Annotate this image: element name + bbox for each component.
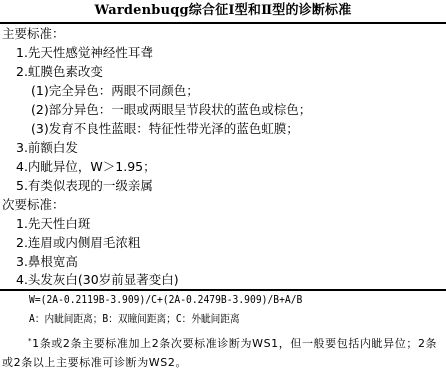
major-criteria-item: 4.内眦异位，W＞1.95； [16, 157, 156, 176]
w-index-formula: W=(2A-0.2119B-3.909)/C+(2A-0.2479B-3.909… [29, 293, 302, 307]
bottom-rule-divider [0, 289, 446, 291]
footnote: *1条或2条主要标准加上2条次要标准诊断为WS1，但一般要包括内眦异位；2条或2… [2, 334, 444, 372]
major-criteria-subitem: (1)完全异色：两眼不同颜色； [31, 81, 199, 100]
table-title: Wardenbuqg综合征Ⅰ型和Ⅱ型的诊断标准 [0, 2, 446, 20]
minor-criteria-item: 1.先天性白斑 [16, 214, 90, 233]
minor-criteria-item: 2.连眉或内侧眉毛浓粗 [16, 233, 140, 252]
major-criteria-item: 1.先天性感觉神经性耳聋 [16, 43, 153, 62]
minor-criteria-heading: 次要标准： [2, 195, 65, 214]
minor-criteria-item: 3.鼻根宽高 [16, 252, 78, 271]
major-criteria-item: 5.有类似表现的一级亲属 [16, 176, 153, 195]
minor-criteria-item: 4.头发灰白(30岁前显著变白) [16, 270, 179, 289]
major-criteria-heading: 主要标准： [2, 24, 65, 43]
major-criteria-item: 3.前额白发 [16, 138, 78, 157]
formula-legend: A：内眦间距离；B：双瞳间距离；C：外眦间距离 [29, 312, 240, 326]
top-rule-divider [0, 22, 446, 24]
major-criteria-subitem: (3)发育不良性蓝眼：特征性带光泽的蓝色虹膜； [31, 119, 299, 138]
major-criteria-item: 2.虹膜色素改变 [16, 62, 103, 81]
major-criteria-subitem: (2)部分异色：一眼或两眼呈节段状的蓝色或棕色； [31, 100, 311, 119]
footnote-text: 1条或2条主要标准加上2条次要标准诊断为WS1，但一般要包括内眦异位；2条或2条… [2, 337, 437, 369]
